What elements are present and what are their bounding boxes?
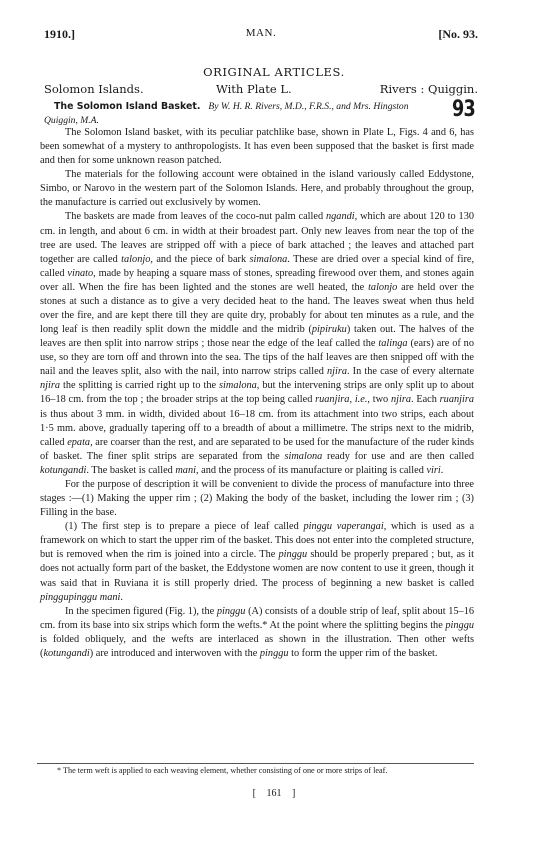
paragraph-text: to form the upper rim of the basket. bbox=[289, 648, 438, 659]
paragraph-text: . The basket is called bbox=[86, 465, 175, 476]
native-term: njira bbox=[40, 380, 60, 391]
paragraph-text: ready for use and are then called bbox=[322, 451, 474, 462]
native-term: pinggu bbox=[217, 606, 246, 617]
native-term: pipiruku bbox=[312, 324, 347, 335]
native-term: simalona bbox=[250, 254, 288, 265]
footnote-text: * The term weft is applied to each weavi… bbox=[37, 765, 474, 777]
native-term: pinggu vaperangai bbox=[303, 521, 383, 532]
paragraph-text: , and the process of its manufacture or … bbox=[196, 465, 426, 476]
native-term: simalona bbox=[285, 451, 323, 462]
native-term: kotungandi bbox=[43, 648, 89, 659]
paragraph-text: , two bbox=[367, 394, 391, 405]
paragraph-text: For the purpose of description it will b… bbox=[40, 479, 474, 518]
paragraph-text: The baskets are made from leaves of the … bbox=[65, 211, 326, 222]
native-term: pinggu bbox=[260, 648, 289, 659]
native-term: mani bbox=[175, 465, 196, 476]
paragraph-text: . bbox=[120, 592, 123, 603]
paragraph-text: . In the case of every alternate bbox=[347, 366, 474, 377]
running-head: 1910.] MAN. [No. 93. bbox=[44, 27, 478, 43]
native-term: njira bbox=[391, 394, 411, 405]
paragraph: (1) The first step is to prepare a piece… bbox=[40, 520, 474, 604]
paragraph-text: . Each bbox=[411, 394, 440, 405]
native-term: i.e. bbox=[355, 394, 368, 405]
journal-page: 1910.] MAN. [No. 93. ORIGINAL ARTICLES. … bbox=[0, 0, 548, 855]
native-term: epata bbox=[67, 437, 90, 448]
footnote-rule bbox=[37, 763, 474, 764]
running-head-number: [No. 93. bbox=[438, 27, 478, 42]
native-term: ruanjira bbox=[315, 394, 349, 405]
native-term: talonjo bbox=[121, 254, 150, 265]
article-authors-short: Rivers : Quiggin. bbox=[380, 82, 478, 96]
native-term: ngandi bbox=[326, 211, 355, 222]
article-body: The Solomon Island basket, with its pecu… bbox=[40, 126, 474, 661]
paragraph-text: The materials for the following account … bbox=[40, 169, 474, 208]
page-number: [ 161 ] bbox=[0, 788, 548, 799]
paragraph: The Solomon Island basket, with its pecu… bbox=[40, 126, 474, 168]
paragraph-text: ) are introduced and interwoven with the bbox=[90, 648, 260, 659]
native-term: ruanjira bbox=[440, 394, 474, 405]
paragraph: In the specimen figured (Fig. 1), the pi… bbox=[40, 605, 474, 661]
native-term: kotungandi bbox=[40, 465, 86, 476]
paragraph: For the purpose of description it will b… bbox=[40, 478, 474, 520]
native-term: simalona bbox=[219, 380, 257, 391]
paragraph-text: . bbox=[441, 465, 444, 476]
paragraph-text: the splitting is carried right up to the bbox=[60, 380, 219, 391]
article-head: Solomon Islands. With Plate L. Rivers : … bbox=[44, 82, 478, 98]
section-title: ORIGINAL ARTICLES. bbox=[0, 65, 548, 79]
article-title: The Solomon Island Basket. bbox=[54, 101, 200, 112]
paragraph-text: In the specimen figured (Fig. 1), the bbox=[65, 606, 217, 617]
paragraph-text: (1) The first step is to prepare a piece… bbox=[65, 521, 303, 532]
native-term: njira bbox=[327, 366, 347, 377]
paragraph-text: The Solomon Island basket, with its pecu… bbox=[40, 127, 474, 166]
paragraph: The materials for the following account … bbox=[40, 168, 474, 210]
native-term: pinggu bbox=[445, 620, 474, 631]
native-term: pinggu bbox=[279, 549, 308, 560]
article-title-block: The Solomon Island Basket.By W. H. R. Ri… bbox=[44, 100, 444, 128]
paragraph: The baskets are made from leaves of the … bbox=[40, 210, 474, 477]
running-head-journal: MAN. bbox=[44, 27, 478, 39]
native-term: pinggupinggu mani bbox=[40, 592, 120, 603]
article-plate: With Plate L. bbox=[216, 82, 292, 96]
footnote: * The term weft is applied to each weavi… bbox=[37, 765, 474, 777]
native-term: talinga bbox=[378, 338, 407, 349]
article-region: Solomon Islands. bbox=[44, 82, 144, 96]
article-number: 93 bbox=[452, 99, 475, 121]
native-term: talonjo bbox=[368, 282, 397, 293]
paragraph-text: , and the piece of bark bbox=[150, 254, 249, 265]
native-term: vinato bbox=[67, 268, 93, 279]
native-term: viri bbox=[426, 465, 440, 476]
